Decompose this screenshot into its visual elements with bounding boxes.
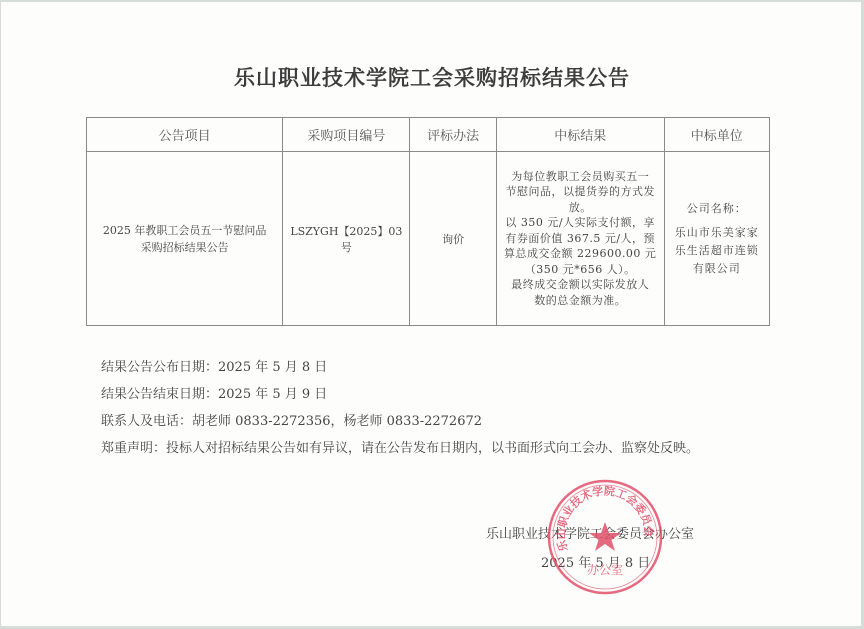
unit-line: 乐生活超市连锁 [671,242,763,260]
result-line: 有券面价值 367.5 元/人，预 [503,231,658,247]
project-line: 2025 年教职工会员五一节慰问品 [93,222,276,239]
header-project: 公告项目 [87,118,283,152]
result-table: 公告项目 采购项目编号 评标办法 中标结果 中标单位 2025 年教职工会员五一… [86,117,770,326]
header-unit: 中标单位 [664,118,769,152]
statement: 郑重声明：投标人对招标结果公告如有异议，请在公告发布日期内，以书面形式向工会办、… [101,437,699,456]
header-code: 采购项目编号 [283,118,410,152]
unit-line: 有限公司 [671,260,763,278]
result-line: 最终成交金额以实际发放人 [503,277,658,293]
cell-project: 2025 年教职工会员五一节慰问品 采购招标结果公告 [87,152,283,326]
signature-office: 乐山职业技术学院工会委员会办公室 [486,523,694,542]
header-result: 中标结果 [496,118,664,152]
contact-info: 联系人及电话：胡老师 0833-2272356，杨老师 0833-2272672 [101,410,482,429]
cell-unit: 公司名称： 乐山市乐美家家 乐生活超市连锁 有限公司 [664,152,769,326]
unit-label: 公司名称： [671,200,763,218]
result-line: 算总成交金额 229600.00 元 [503,246,658,262]
result-line: 以 350 元/人实际支付额，享 [503,215,658,231]
cell-result: 为每位教职工会员购买五一 节慰问品，以提货券的方式发 放。 以 350 元/人实… [496,152,664,326]
result-line: 放。 [503,200,658,216]
cell-code: LSZYGH【2025】03 号 [283,152,410,326]
result-line: 为每位教职工会员购买五一 [503,169,658,185]
result-line: 节慰问品，以提货券的方式发 [503,184,658,200]
end-date: 结果公告结束日期：2025 年 5 月 9 日 [101,383,327,402]
document-title: 乐山职业技术学院工会采购招标结果公告 [0,62,864,92]
table-header-row: 公告项目 采购项目编号 评标办法 中标结果 中标单位 [87,118,770,152]
unit-line: 乐山市乐美家家 [671,224,763,242]
result-line: （350 元*656 人）。 [503,262,658,278]
result-line: 数的总金额为准。 [503,293,658,309]
cell-method: 询价 [410,152,496,326]
publish-date: 结果公告公布日期：2025 年 5 月 8 日 [101,356,327,375]
project-line: 采购招标结果公告 [93,239,276,256]
table-row: 2025 年教职工会员五一节慰问品 采购招标结果公告 LSZYGH【2025】0… [87,152,770,326]
header-method: 评标办法 [410,118,496,152]
signature-date: 2025 年 5 月 8 日 [541,552,650,571]
